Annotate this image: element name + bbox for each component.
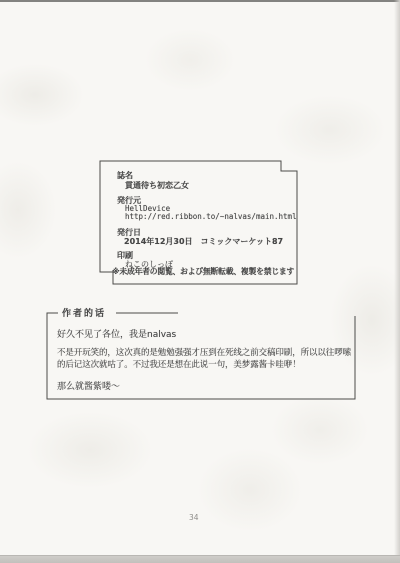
note-closing: 那么就酱紫喽～ [57, 379, 120, 392]
publication-date: 2014年12月30日 コミックマーケット87 [124, 236, 283, 247]
note-body-line2: 的后记这次就咕了。不过我还是想在此说一句，美梦露酱卡哇咿！ [57, 358, 301, 370]
page-number: 34 [189, 513, 199, 522]
age-disclaimer: ※未成年者の閲覧、および無断転載、複製を禁じます [112, 266, 294, 277]
note-header: 作者的话 [62, 306, 106, 319]
scanned-page: 誌名 貫通待ち初恋乙女 発行元 HellDevice http://red.ri… [0, 0, 400, 563]
note-body-line1: 不是开玩笑的，这次真的是勉勉强强才压到在死线之前交稿印刷，所以以往啰嗦 [57, 346, 351, 358]
note-greeting: 好久不见了各位，我是nalvas [57, 327, 176, 340]
book-title: 貫通待ち初恋乙女 [125, 180, 189, 191]
box-frames [0, 0, 400, 563]
publisher-url: http://red.ribbon.to/~nalvas/main.html [125, 212, 297, 221]
